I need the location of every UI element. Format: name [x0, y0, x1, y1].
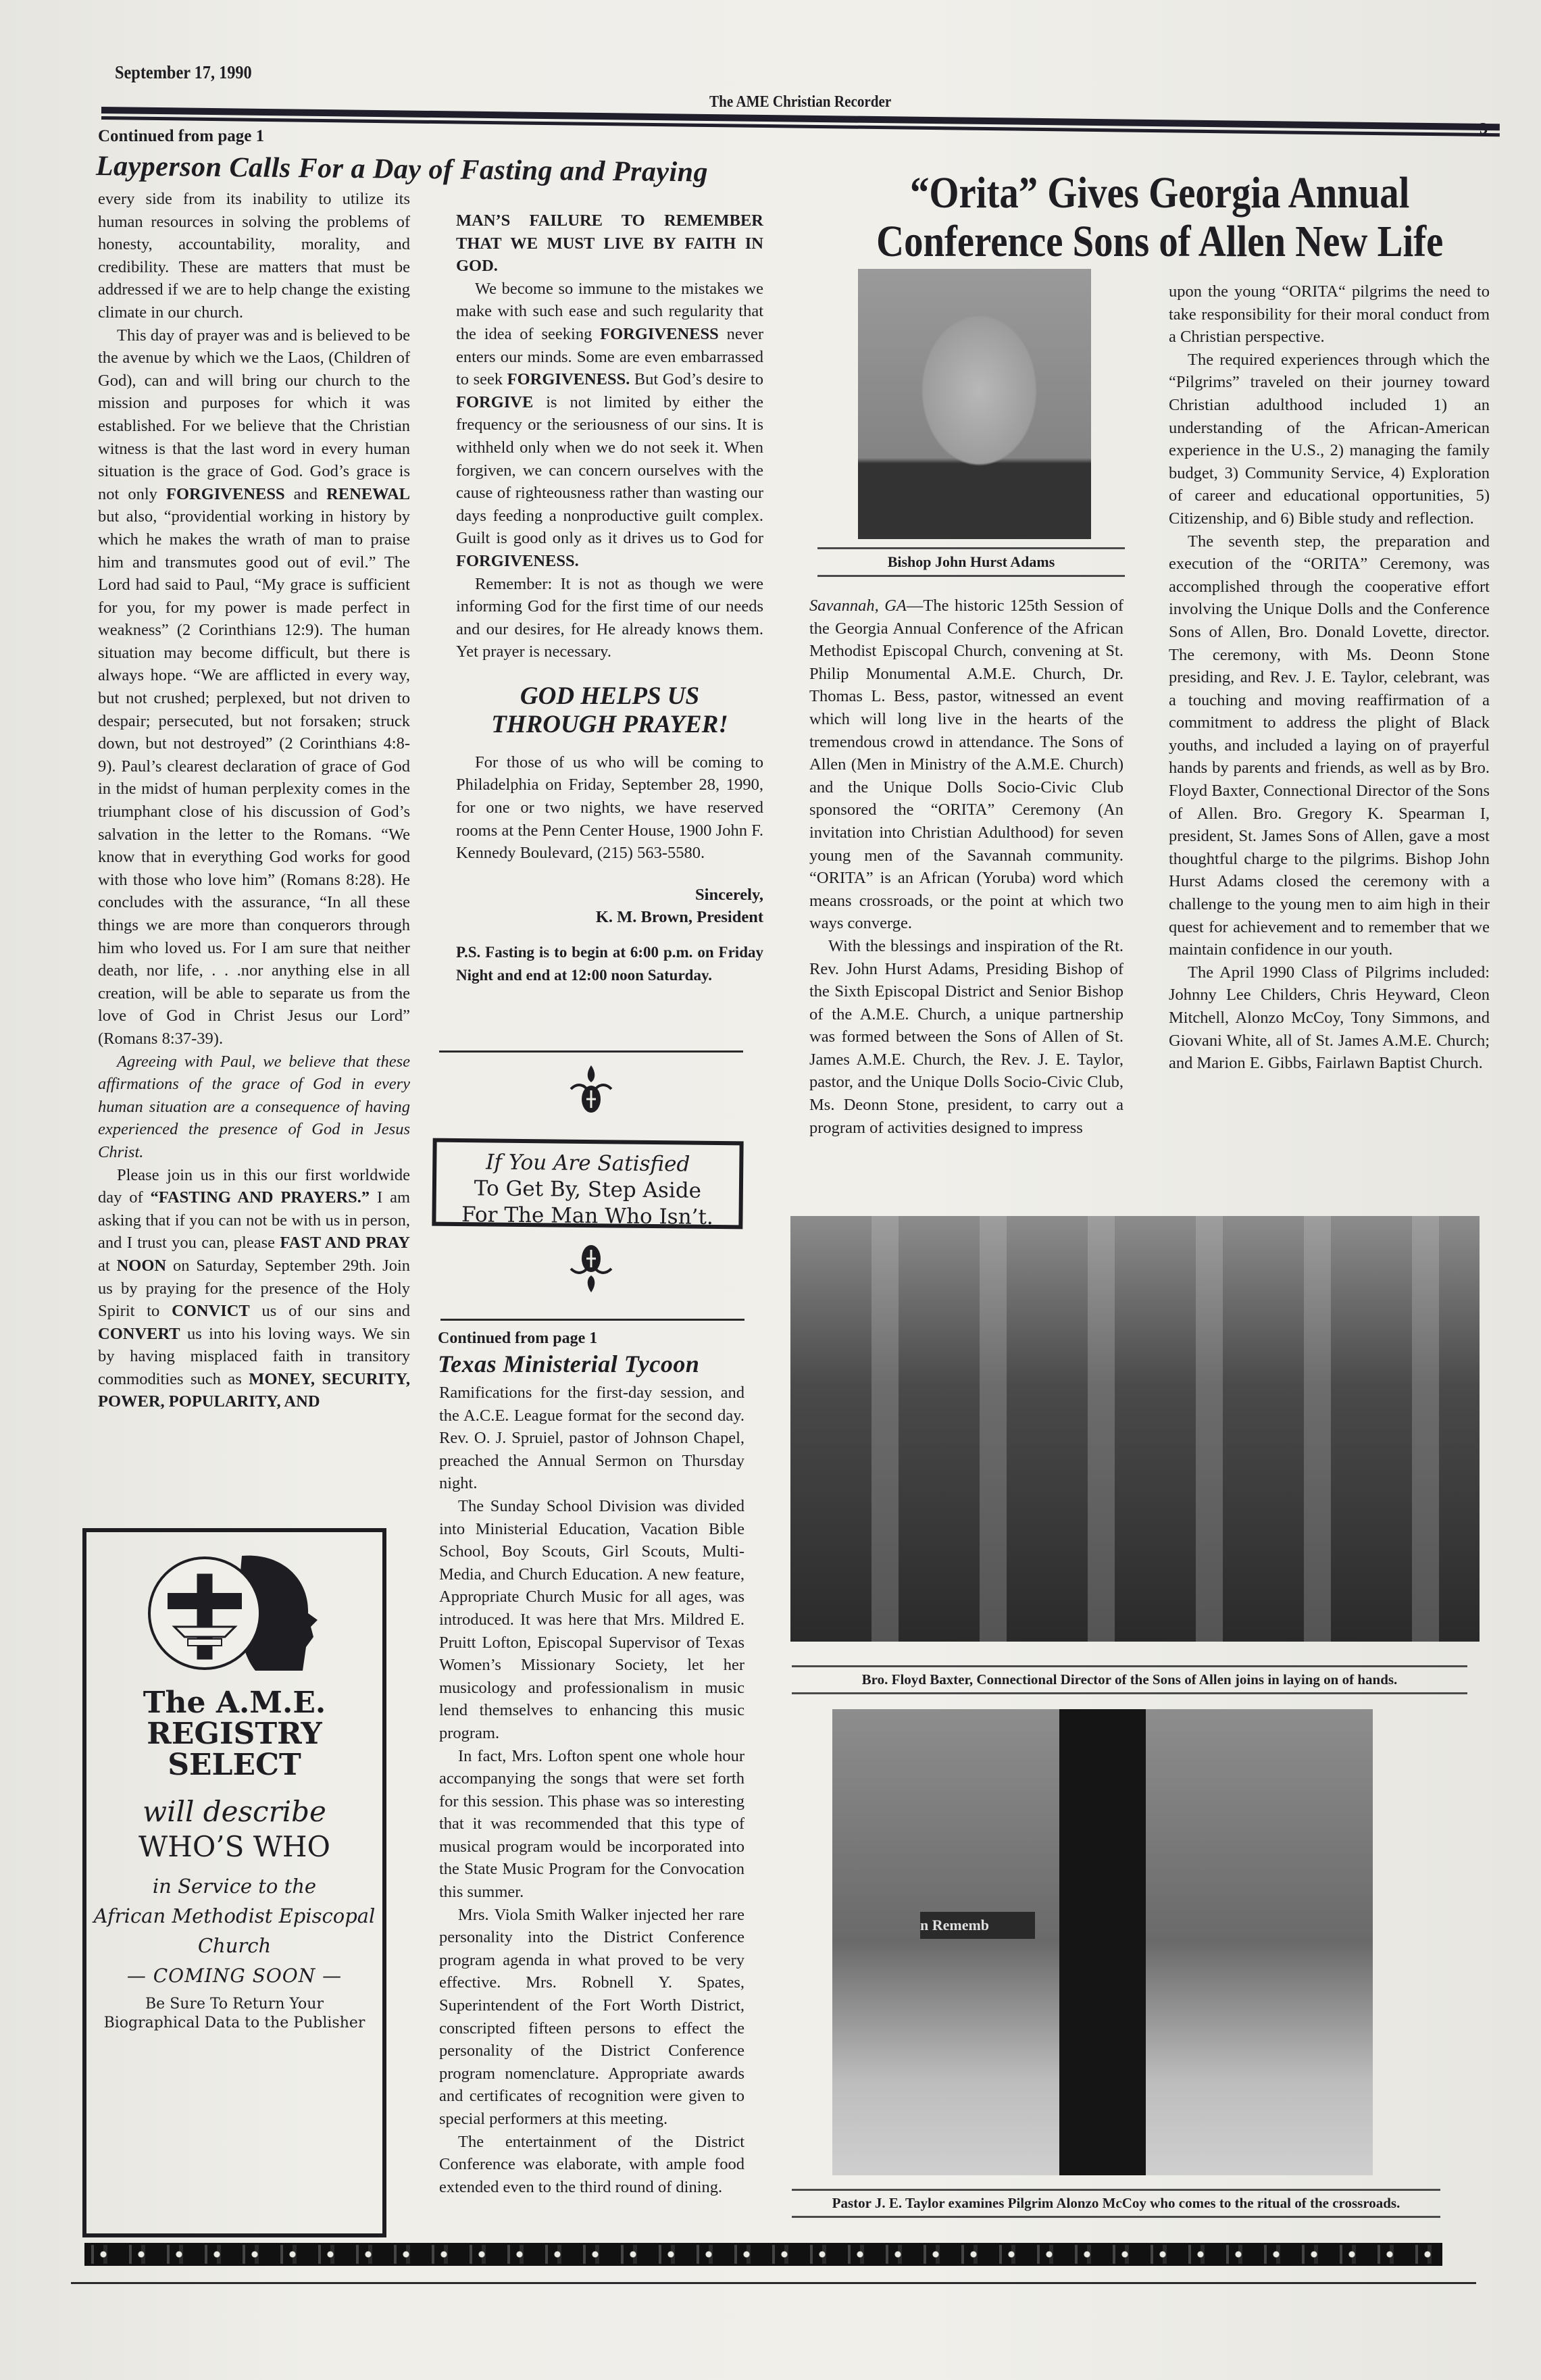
registry-advertisement: The A.M.E. REGISTRY SELECT will describe…	[82, 1528, 386, 2237]
paragraph: With the blessings and inspiration of th…	[809, 935, 1123, 1139]
texas-column: Ramifications for the first-day session,…	[439, 1382, 744, 2198]
paragraph: The required experiences through which t…	[1169, 349, 1490, 530]
paragraph: Remember: It is not as though we were in…	[456, 573, 763, 663]
ad-subtitle: will describe WHO’S WHO	[86, 1794, 382, 1865]
signoff: Sincerely,	[456, 884, 763, 907]
paragraph: For those of us who will be coming to Ph…	[456, 751, 763, 865]
paragraph: Ramifications for the first-day session,…	[439, 1382, 744, 1495]
paragraph: We become so immune to the mistakes we m…	[456, 278, 763, 573]
layperson-column-2: MAN’S FAILURE TO REMEMBER THAT WE MUST L…	[456, 209, 763, 986]
photo2-caption: Pastor J. E. Taylor examines Pilgrim Alo…	[792, 2189, 1440, 2218]
quote-line: To Get By, Step Aside	[436, 1175, 739, 1205]
paragraph: The Sunday School Division was divided i…	[439, 1495, 744, 1745]
photo-banner-text: n Rememb	[920, 1912, 1035, 1939]
divider	[440, 1319, 744, 1321]
quote-box: If You Are Satisfied To Get By, Step Asi…	[432, 1138, 743, 1230]
paragraph: This day of prayer was and is believed t…	[98, 324, 410, 1050]
divider	[439, 1050, 743, 1053]
paragraph: Mrs. Viola Smith Walker injected her rar…	[439, 1904, 744, 2131]
quote-line: If You Are Satisfied	[436, 1149, 739, 1179]
laying-on-hands-photo	[790, 1216, 1480, 1642]
paragraph: The April 1990 Class of Pilgrims include…	[1169, 961, 1490, 1075]
layperson-column-1: every side from its inability to utilize…	[98, 188, 410, 1413]
orita-headline: “Orita” Gives Georgia Annual Conference …	[814, 169, 1505, 266]
paragraph: The entertainment of the District Confer…	[439, 2131, 744, 2199]
paragraph: Please join us in this our first worldwi…	[98, 1164, 410, 1414]
orita-column-2: upon the young “ORITA“ pilgrims the need…	[1169, 280, 1490, 1075]
orita-column-1: Savannah, GA—The historic 125th Session …	[809, 594, 1123, 1139]
bishop-portrait	[858, 269, 1091, 539]
paragraph: In fact, Mrs. Lofton spent one whole hou…	[439, 1745, 744, 1904]
ad-description: in Service to the African Methodist Epis…	[86, 1871, 382, 1960]
ad-title: The A.M.E. REGISTRY SELECT	[86, 1688, 382, 1781]
postscript: P.S. Fasting is to begin at 6:00 p.m. on…	[456, 941, 763, 986]
photo1-caption: Bro. Floyd Baxter, Connectional Director…	[792, 1665, 1467, 1694]
quote-line: For The Man Who Isn’t.	[436, 1202, 738, 1232]
ornament-icon	[567, 1242, 615, 1296]
portrait-caption: Bishop John Hurst Adams	[817, 547, 1125, 577]
texas-headline: Texas Ministerial Tycoon	[438, 1350, 699, 1378]
lead-statement: MAN’S FAILURE TO REMEMBER THAT WE MUST L…	[456, 209, 763, 278]
prayer-subhead: GOD HELPS US THROUGH PRAYER!	[456, 682, 763, 739]
cross-profile-logo-icon	[141, 1552, 336, 1674]
layperson-headline: Layperson Calls For a Day of Fasting and…	[96, 150, 772, 189]
continued-label: Continued from page 1	[98, 127, 264, 146]
publication-name: The AME Christian Recorder	[709, 93, 891, 111]
continued-label: Continued from page 1	[438, 1330, 597, 1348]
ad-coming-soon: — COMING SOON —	[86, 1965, 382, 1987]
pilgrim-mccoy-photo: n Rememb	[832, 1709, 1373, 2175]
paragraph: every side from its inability to utilize…	[98, 188, 410, 324]
paragraph: Agreeing with Paul, we believe that thes…	[98, 1050, 410, 1164]
paragraph: Savannah, GA—The historic 125th Session …	[809, 594, 1123, 935]
decorative-border	[84, 2243, 1442, 2266]
paragraph: upon the young “ORITA“ pilgrims the need…	[1169, 280, 1490, 349]
issue-date: September 17, 1990	[115, 62, 252, 83]
newspaper-page: September 17, 1990 The AME Christian Rec…	[0, 0, 1541, 2380]
ornament-icon	[567, 1062, 615, 1116]
ad-instructions: Be Sure To Return Your Biographical Data…	[86, 1995, 382, 2033]
paragraph: The seventh step, the preparation and ex…	[1169, 530, 1490, 961]
bottom-rule	[71, 2282, 1476, 2284]
signer: K. M. Brown, President	[456, 906, 763, 929]
